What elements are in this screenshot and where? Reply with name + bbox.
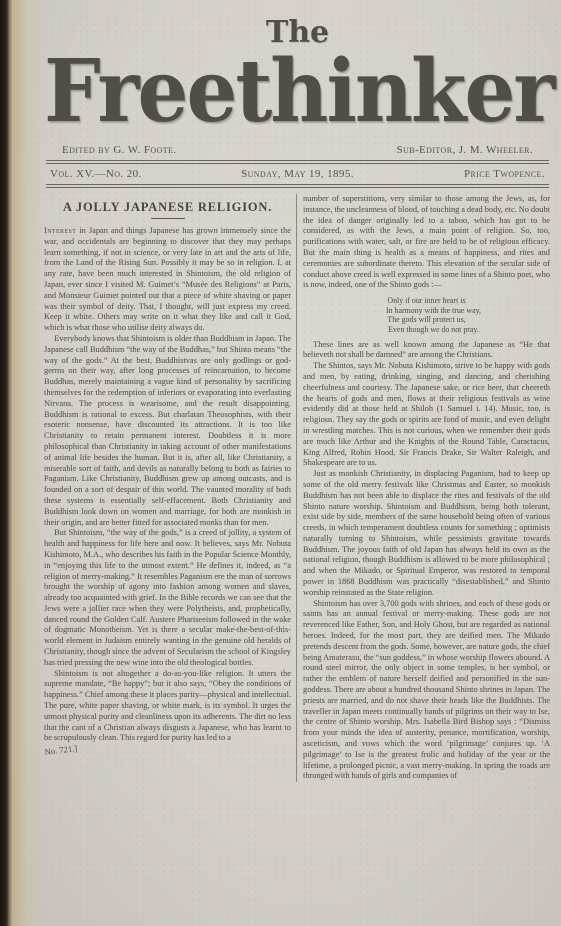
masthead-title: Freethinker — [44, 45, 551, 138]
left-column: A JOLLY JAPANESE RELIGION. Interest in J… — [44, 194, 291, 782]
article-paragraph: Just as monkish Christianity, in displac… — [303, 469, 550, 599]
issue-date: Sunday, May 19, 1895. — [50, 168, 545, 180]
dateline-row: Vol. XV.—No. 20. Sunday, May 19, 1895. P… — [50, 168, 545, 180]
paragraph-text: in Japan and things Japanese has grown i… — [44, 226, 291, 332]
verse-line: In harmony with the true way, — [303, 306, 550, 316]
article-paragraph: Everybody knows that Shintoism is older … — [44, 334, 291, 528]
newspaper-sheet: The Freethinker Edited by G. W. Foote. S… — [0, 0, 561, 782]
article-paragraph: Shintoism has over 3,700 gods with shrin… — [303, 599, 550, 783]
editor-row: Edited by G. W. Foote. Sub-Editor, J. M.… — [62, 144, 533, 156]
page-gutter-shadow — [10, 0, 46, 926]
verse-line: Even though we do not pray. — [303, 325, 550, 335]
scanned-newspaper-page: The Freethinker Edited by G. W. Foote. S… — [0, 0, 561, 926]
article-paragraph: The Shintos, says Mr. Nobuta Kishimoto, … — [303, 361, 550, 469]
article-paragraph: But Shintoism, “the way of the gods,” is… — [44, 528, 291, 668]
divider-rule-top — [46, 160, 549, 164]
article-columns: A JOLLY JAPANESE RELIGION. Interest in J… — [44, 194, 551, 782]
shinto-poem-verse: Only if our inner heart is In harmony wi… — [303, 296, 550, 334]
article-title: A JOLLY JAPANESE RELIGION. — [44, 200, 291, 214]
verse-line: Only if our inner heart is — [303, 296, 550, 306]
verse-line: The gods will protect us, — [303, 315, 550, 325]
edited-by-label: Edited by G. W. Foote. — [62, 144, 176, 156]
article-paragraph: number of superstitions, very similar to… — [303, 194, 550, 291]
divider-rule-bottom — [46, 184, 549, 188]
lead-word: Interest — [44, 226, 76, 235]
column-divider — [296, 194, 297, 782]
right-column: number of superstitions, very similar to… — [303, 194, 550, 782]
masthead: The Freethinker — [44, 18, 551, 134]
article-paragraph: These lines are as well known among the … — [303, 340, 550, 362]
article-paragraph: Interest in Japan and things Japanese ha… — [44, 226, 291, 334]
article-paragraph: Shintoism is not altogether a do-as-you-… — [44, 669, 291, 745]
book-spine-edge — [0, 0, 12, 926]
sub-editor-label: Sub-Editor, J. M. Wheeler. — [397, 144, 533, 156]
title-rule — [151, 218, 185, 219]
